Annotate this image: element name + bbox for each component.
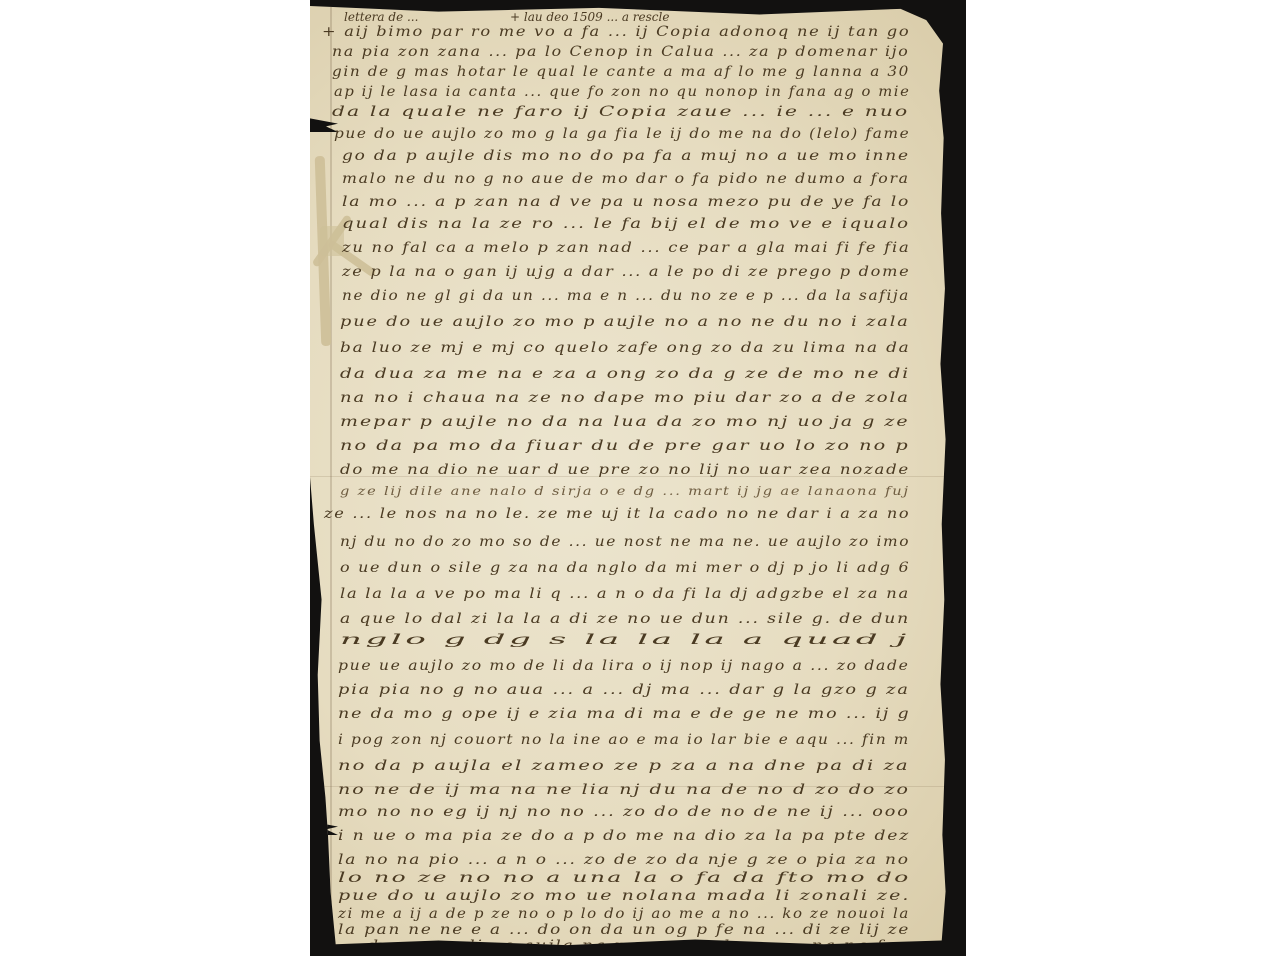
- manuscript-line: zu no fal ca a melo p zan nad ... ce par…: [342, 240, 910, 256]
- manuscript-line: nj du no do zo mo so de ... ue nost ne m…: [340, 534, 910, 550]
- manuscript-line: la no na pio ... a n o ... zo de zo da n…: [338, 852, 910, 868]
- manuscript-line: gin de g mas hotar le qual le cante a ma…: [332, 64, 910, 80]
- manuscript-line: ap ij le lasa ia canta ... que fo zon no…: [334, 84, 910, 100]
- manuscript-line: no ne de ij ma na ne lia nj du na de no …: [338, 782, 910, 798]
- top-left-note: lettera de ...: [344, 10, 418, 24]
- manuscript-line: la mo ... a p zan na d ve pa u nosa mezo…: [342, 194, 910, 210]
- manuscript-scan: lettera de ... + lau deo 1509 ... a resc…: [310, 0, 966, 956]
- manuscript-line: i n ue o ma pia ze do a p do me na dio z…: [338, 828, 910, 844]
- manuscript-line: qual dis na la ze ro ... le fa bij el de…: [342, 216, 910, 232]
- manuscript-line: no da p aujla el zameo ze p za a na dne …: [338, 758, 910, 774]
- manuscript-line: ze p la na o gan ij ujg a dar ... a le p…: [342, 264, 910, 280]
- manuscript-line: mepar p aujle no da na lua da zo mo nj u…: [340, 414, 910, 430]
- manuscript-line: a que lo dal zi la la a di ze no ue dun …: [340, 611, 910, 627]
- header-line: + lau deo 1509 ... a rescle: [510, 10, 669, 24]
- manuscript-line: la la la a ve po ma li q ... a n o da fi…: [340, 586, 910, 602]
- manuscript-line: i pog zon nj couort no la ine ao e ma io…: [338, 732, 910, 748]
- manuscript-line: ze ... le nos na no le. ze me uj it la c…: [324, 506, 910, 522]
- manuscript-line: na no i chaua na ze no dape mo piu dar z…: [340, 390, 910, 406]
- manuscript-line: pue do ue aujlo zo mo p aujle no a no ne…: [340, 314, 910, 330]
- vertical-fold-line: [330, 6, 332, 948]
- manuscript-line: o ue dun o sile g za na da nglo da mi me…: [340, 560, 910, 576]
- manuscript-line: no da pa mo da fiuar du de pre gar uo lo…: [340, 438, 910, 454]
- manuscript-line: ne dio ne gl gi da un ... ma e n ... du …: [342, 288, 910, 304]
- string-knot: [320, 226, 344, 256]
- manuscript-line: do me na dio ne uar d ue pre zo no lij n…: [340, 462, 910, 478]
- manuscript-line: mo no no eg ij nj no no ... zo do de no …: [338, 804, 910, 820]
- manuscript-line: na pia zon zana ... pa lo Cenop in Calua…: [332, 44, 909, 60]
- torn-edge: [310, 821, 338, 835]
- manuscript-line: go da p aujle dis mo no do pa fa a muj n…: [342, 148, 910, 164]
- manuscript-line: da la quale ne faro ij Copia zaue ... ie…: [332, 104, 909, 120]
- manuscript-line: malo ne du no g no aue de mo dar o fa pi…: [342, 171, 910, 187]
- manuscript-line: pue do ue aujlo zo mo g la ga fia le ij …: [334, 126, 910, 142]
- manuscript-line: g ze lij dile ane nalo d sirja o e dg ..…: [340, 484, 910, 498]
- manuscript-line: pue do u aujlo zo mo ue nolana mada li z…: [338, 888, 910, 904]
- manuscript-line: ba luo ze mj e mj co quelo zafe ong zo d…: [340, 340, 911, 356]
- manuscript-line: ... due na e di ne aujla na no que lo da…: [338, 938, 909, 954]
- manuscript-line: da dua za me na e za a ong zo da g ze de…: [340, 366, 910, 382]
- manuscript-line: lo no ze no no a una la o fa da fto mo d…: [338, 870, 911, 886]
- manuscript-line: nglo g dg s la la la a quad j: [340, 632, 910, 648]
- manuscript-line: zi me a ij a de p ze no o p lo do ij ao …: [338, 906, 910, 922]
- manuscript-page: lettera de ... + lau deo 1509 ... a resc…: [310, 6, 952, 948]
- manuscript-line: + aij bimo par ro me vo a fa ... ij Copi…: [322, 24, 910, 40]
- manuscript-line: pue ue aujlo zo mo de li da lira o ij no…: [338, 658, 910, 674]
- manuscript-line: ne da mo g ope ij e zia ma di ma e de ge…: [338, 706, 911, 722]
- manuscript-line: la pan ne ne e a ... do on da un og p fe…: [338, 922, 910, 938]
- manuscript-line: pia pia no g no aua ... a ... dj ma ... …: [338, 682, 910, 698]
